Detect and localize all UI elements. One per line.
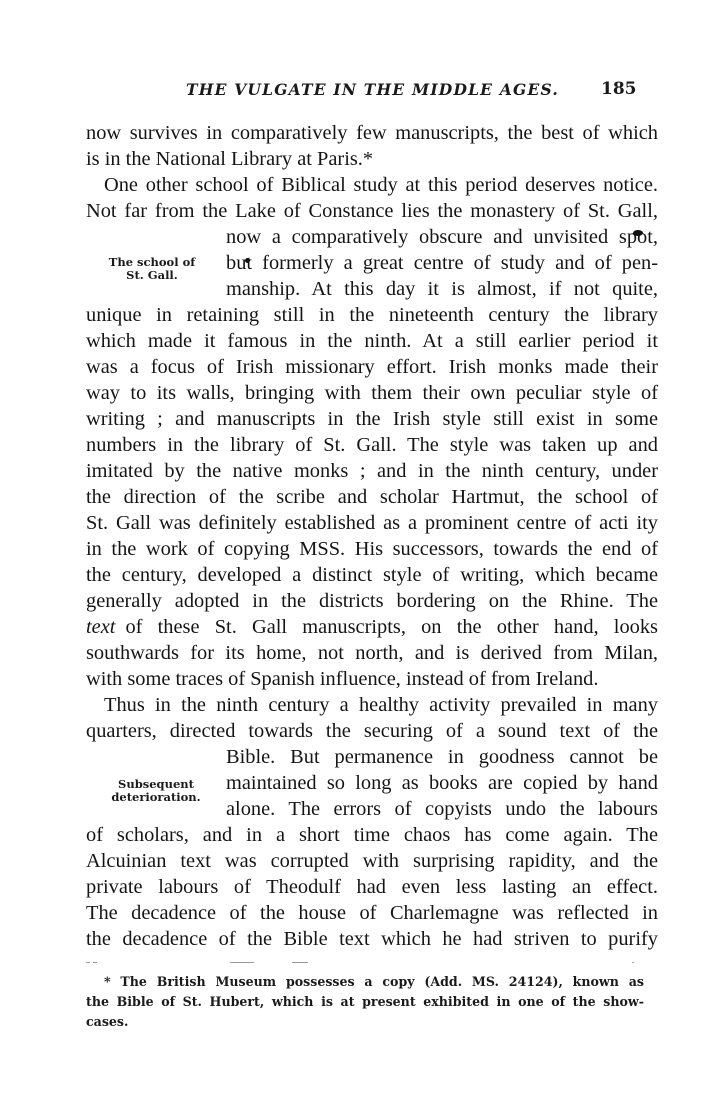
- body-line: the century, developed a distinct style …: [86, 562, 658, 588]
- separator-mark: [93, 962, 97, 963]
- body-line: was a focus of Irish missionary effort. …: [86, 354, 658, 380]
- body-line: now a comparatively obscure and unvisite…: [226, 224, 658, 250]
- italic-word: text: [86, 614, 115, 640]
- body-line: alone. The errors of copyists undo the l…: [226, 796, 658, 822]
- page-number: 185: [601, 79, 637, 99]
- body-line: with some traces of Spanish influence, i…: [86, 666, 658, 692]
- body-line: Bible. But permanence in goodness cannot…: [226, 744, 658, 770]
- running-title: THE VULGATE IN THE MIDDLE AGES.: [186, 80, 559, 99]
- body-line: but formerly a great centre of study and…: [226, 250, 658, 276]
- marginal-note-school-of-st-gall: The school of St. Gall.: [92, 256, 212, 282]
- separator-mark: [86, 962, 90, 963]
- body-line: the direction of the scribe and scholar …: [86, 484, 658, 510]
- body-line: of scholars, and in a short time chaos h…: [86, 822, 658, 848]
- body-line: Alcuinian text was corrupted with surpri…: [86, 848, 658, 874]
- body-line: now survives in comparatively few manusc…: [86, 120, 658, 146]
- body-line: private labours of Theodulf had even les…: [86, 874, 658, 900]
- body-line: St. Gall was definitely established as a…: [86, 510, 658, 536]
- footnote-separator-marks: [86, 962, 658, 966]
- body-line-with-italic: text of these St. Gall manuscripts, on t…: [86, 614, 658, 640]
- ink-dot-mark: [245, 258, 250, 263]
- body-line: Thus in the ninth century a healthy acti…: [104, 692, 658, 718]
- marginal-note-subsequent-deterioration: Subsequent deterioration.: [96, 778, 216, 804]
- ink-blot-mark: [633, 230, 643, 236]
- body-line: which made it famous in the ninth. At a …: [86, 328, 658, 354]
- page-header: THE VULGATE IN THE MIDDLE AGES. 185: [0, 80, 715, 110]
- separator-mark: [632, 962, 634, 963]
- body-line: in the work of copying MSS. His successo…: [86, 536, 658, 562]
- separator-mark: [292, 962, 308, 963]
- body-line-rest: of these St. Gall manuscripts, on the ot…: [125, 614, 658, 640]
- footnote-line: cases.: [86, 1012, 644, 1032]
- body-line: unique in retaining still in the ninetee…: [86, 302, 658, 328]
- body-line: the decadence of the Bible text which he…: [86, 926, 658, 952]
- body-line: numbers in the library of St. Gall. The …: [86, 432, 658, 458]
- marginal-note-line: deterioration.: [96, 791, 216, 804]
- body-line: southwards for its home, not north, and …: [86, 640, 658, 666]
- body-line: generally adopted in the districts borde…: [86, 588, 658, 614]
- body-line: is in the National Library at Paris.*: [86, 146, 658, 172]
- body-line: maintained so long as books are copied b…: [226, 770, 658, 796]
- body-line: imitated by the native monks ; and in th…: [86, 458, 658, 484]
- body-line: way to its walls, bringing with them the…: [86, 380, 658, 406]
- body-line: quarters, directed towards the securing …: [86, 718, 658, 744]
- separator-mark: [230, 962, 254, 963]
- body-line: manship. At this day it is almost, if no…: [226, 276, 658, 302]
- book-page: THE VULGATE IN THE MIDDLE AGES. 185 now …: [0, 0, 715, 1100]
- body-line: Not far from the Lake of Constance lies …: [86, 198, 658, 224]
- body-line: writing ; and manuscripts in the Irish s…: [86, 406, 658, 432]
- footnote-line: * The British Museum possesses a copy (A…: [104, 972, 644, 992]
- body-line: The decadence of the house of Charlemagn…: [86, 900, 658, 926]
- marginal-note-line: St. Gall.: [92, 269, 212, 282]
- body-line: One other school of Biblical study at th…: [104, 172, 658, 198]
- footnote-line: the Bible of St. Hubert, which is at pre…: [86, 992, 644, 1012]
